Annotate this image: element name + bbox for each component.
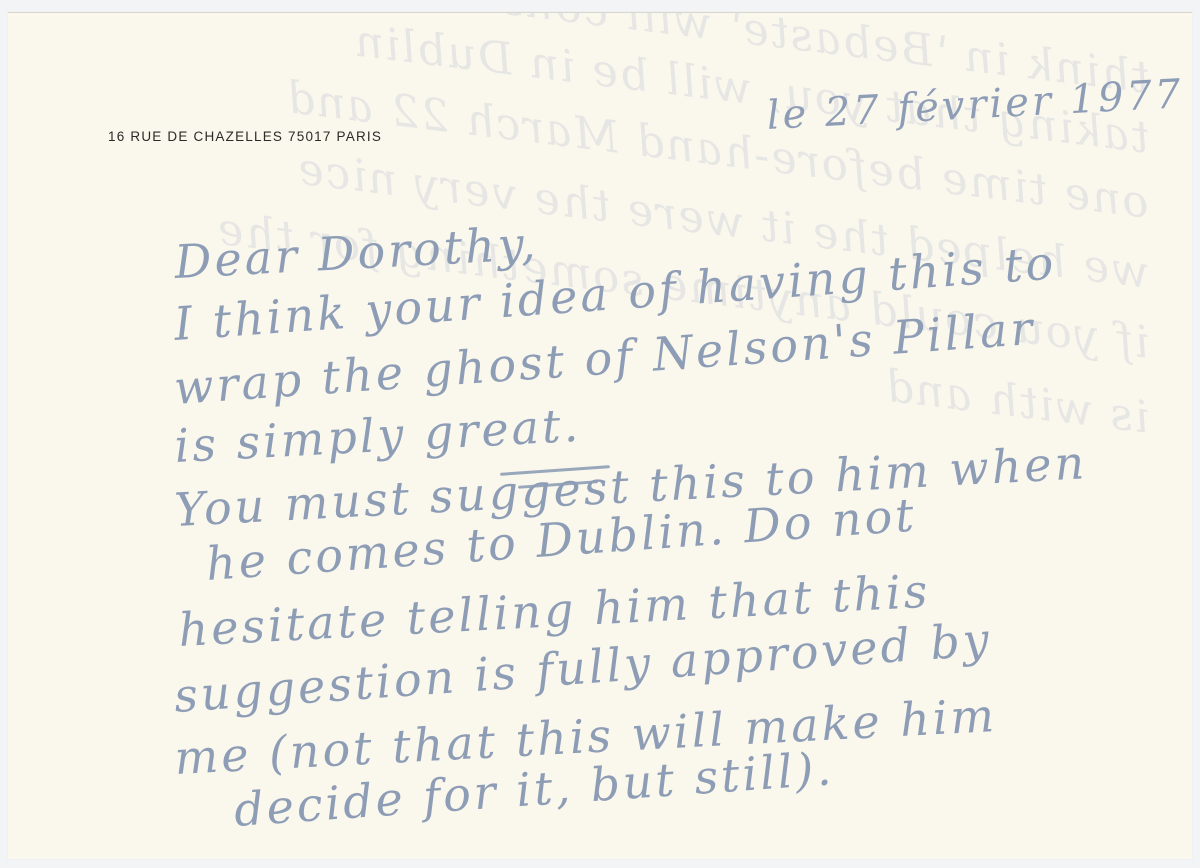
letter-paper: think in 'Bebaste' will construct - taki… xyxy=(8,12,1192,859)
letter-date: le 27 février 1977 xyxy=(766,71,1185,139)
bleed-line: is with and xyxy=(881,360,1152,443)
letterhead-address: 16 RUE DE CHAZELLES 75017 PARIS xyxy=(108,129,382,144)
